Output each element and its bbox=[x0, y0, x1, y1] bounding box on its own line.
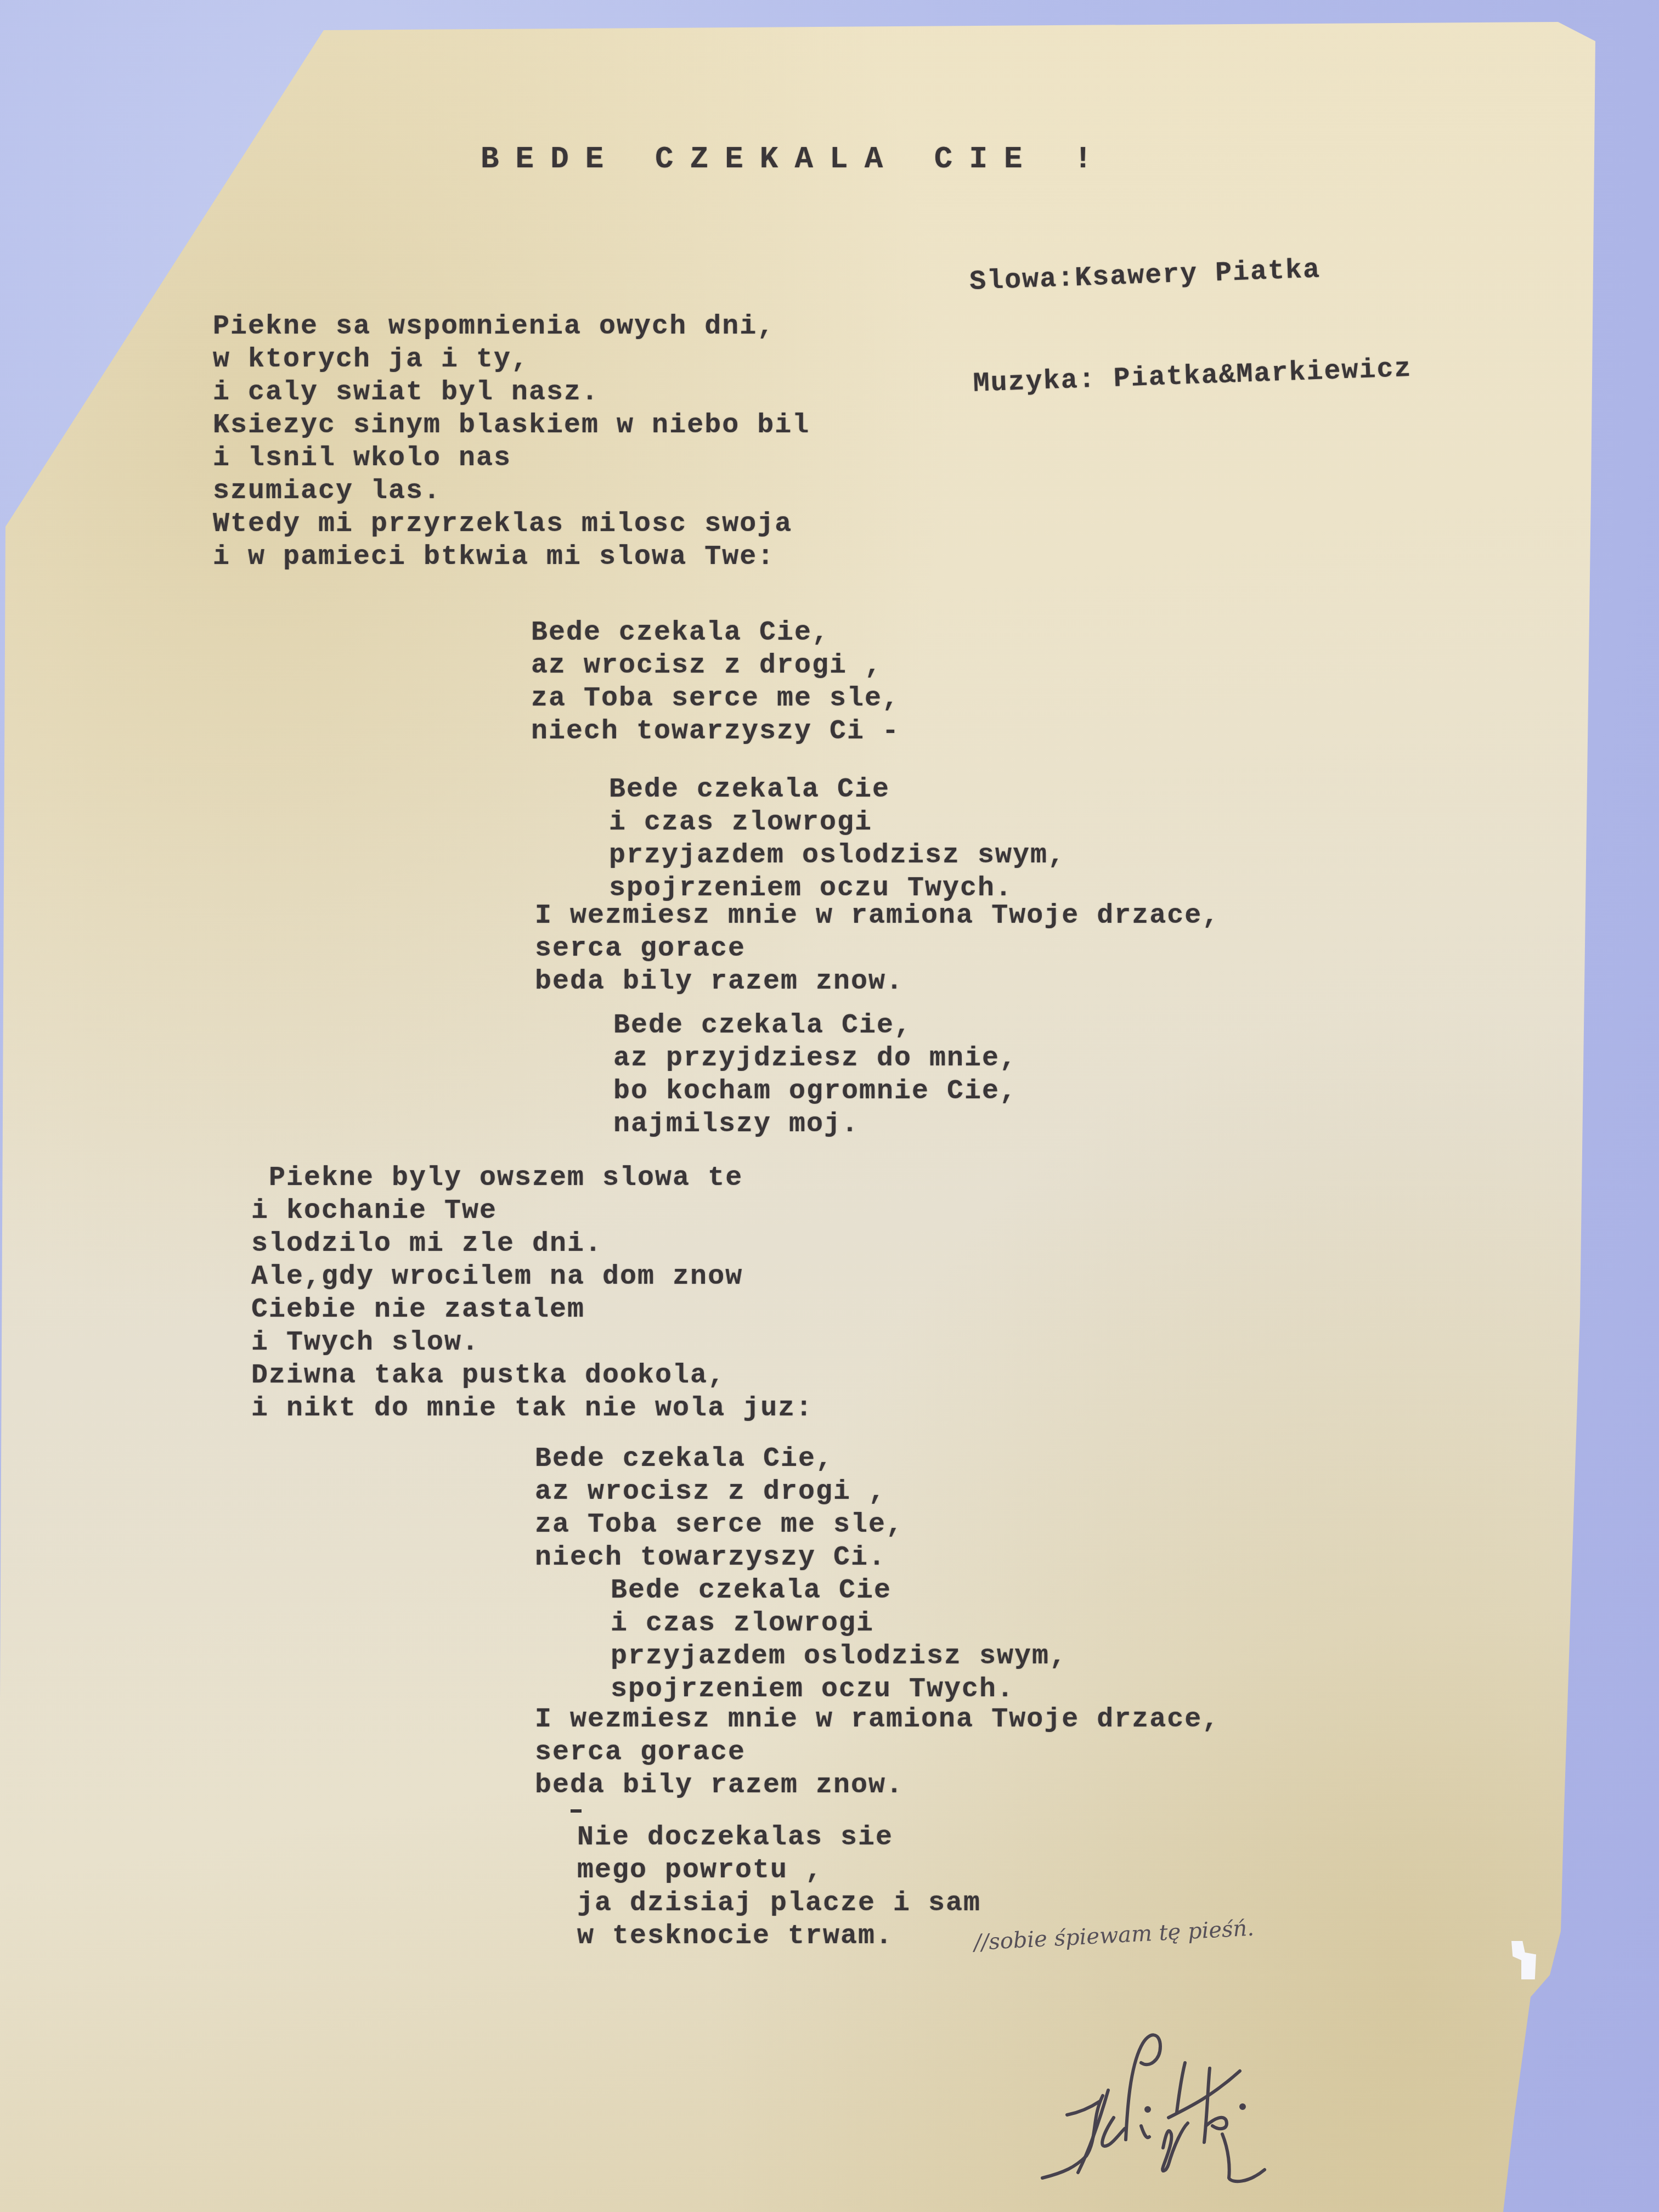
lyric-line: w ktorych ja i ty, bbox=[213, 343, 810, 376]
lyric-line: i Twych slow. bbox=[251, 1327, 813, 1359]
music-label: Muzyka: bbox=[973, 364, 1097, 400]
lyric-line: beda bily razem znow. bbox=[535, 1769, 1220, 1802]
lyric-line: najmilszy moj. bbox=[613, 1108, 1017, 1141]
music-author: Piatka&Markiewicz bbox=[1113, 353, 1413, 395]
lyric-line: Nie doczekalas sie bbox=[577, 1821, 981, 1854]
lyric-line: za Toba serce me sle, bbox=[531, 682, 900, 715]
song-title: BEDE CZEKALA CIE ! bbox=[481, 142, 1109, 177]
credits: Slowa:Ksawery Piatka Muzyka: Piatka&Mark… bbox=[967, 182, 1414, 436]
lyric-line: beda bily razem znow. bbox=[535, 966, 1220, 998]
lyric-line: spojrzeniem oczu Twych. bbox=[611, 1673, 1067, 1706]
lyric-line: Bede czekala Cie, bbox=[613, 1009, 1017, 1042]
lyric-line: i nikt do mnie tak nie wola juz: bbox=[251, 1392, 813, 1425]
lyric-line: serca gorace bbox=[535, 1736, 1220, 1769]
lyric-line: az przyjdziesz do mnie, bbox=[613, 1042, 1017, 1075]
lyric-line: I wezmiesz mnie w ramiona Twoje drzace, bbox=[535, 900, 1220, 933]
lyric-line: Bede czekala Cie bbox=[611, 1575, 1067, 1607]
lyric-line: Piekne byly owszem slowa te bbox=[251, 1162, 813, 1195]
lyric-line: przyjazdem oslodzisz swym, bbox=[611, 1640, 1067, 1673]
lyric-line: i w pamieci btkwia mi slowa Twe: bbox=[213, 541, 810, 574]
chorus-1-part-a: Bede czekala Cie,az wrocisz z drogi ,za … bbox=[531, 617, 900, 748]
lyric-line: Ciebie nie zastalem bbox=[251, 1294, 813, 1327]
chorus-2-part-a: Bede czekala Cie,az wrocisz z drogi ,za … bbox=[535, 1443, 904, 1575]
lyric-line: Dziwna taka pustka dookola, bbox=[251, 1359, 813, 1392]
lyric-line: slodzilo mi zle dni. bbox=[251, 1228, 813, 1261]
lyric-line: i lsnil wkolo nas bbox=[213, 442, 810, 475]
lyric-line: Ale,gdy wrocilem na dom znow bbox=[251, 1261, 813, 1294]
lyric-line: I wezmiesz mnie w ramiona Twoje drzace, bbox=[535, 1703, 1220, 1736]
lyric-line: serca gorace bbox=[535, 933, 1220, 966]
lyric-line: Bede czekala Cie bbox=[609, 774, 1065, 806]
signature bbox=[1031, 2008, 1383, 2194]
lyric-line: bo kocham ogromnie Cie, bbox=[613, 1075, 1017, 1108]
lyric-line: Piekne sa wspomnienia owych dni, bbox=[213, 311, 810, 343]
chorus-2-part-b: Bede czekala Ciei czas zlowrogiprzyjazde… bbox=[611, 1575, 1067, 1706]
lyric-line: przyjazdem oslodzisz swym, bbox=[609, 839, 1065, 872]
lyric-line: mego powrotu , bbox=[577, 1854, 981, 1887]
lyric-line: az wrocisz z drogi , bbox=[531, 650, 900, 682]
lyric-line: za Toba serce me sle, bbox=[535, 1509, 904, 1542]
music-credit: Muzyka: Piatka&Markiewicz bbox=[973, 352, 1413, 402]
lyric-line: ja dzisiaj placze i sam bbox=[577, 1887, 981, 1920]
chorus-1-part-d: Bede czekala Cie,az przyjdziesz do mnie,… bbox=[613, 1009, 1017, 1141]
outro-dash bbox=[571, 1809, 582, 1813]
lyrics-label: Slowa: bbox=[969, 263, 1075, 298]
lyrics-author: Ksawery Piatka bbox=[1074, 255, 1321, 295]
outro: Nie doczekalas siemego powrotu ,ja dzisi… bbox=[577, 1821, 981, 1953]
lyric-line: Wtedy mi przyrzeklas milosc swoja bbox=[213, 508, 810, 541]
lyric-line: i kochanie Twe bbox=[251, 1195, 813, 1228]
lyric-line: Bede czekala Cie, bbox=[535, 1443, 904, 1476]
chorus-1-part-c: I wezmiesz mnie w ramiona Twoje drzace,s… bbox=[535, 900, 1220, 998]
chorus-1-part-b: Bede czekala Ciei czas zlowrogiprzyjazde… bbox=[609, 774, 1065, 905]
lyric-line: i czas zlowrogi bbox=[611, 1607, 1067, 1640]
lyric-line: i caly swiat byl nasz. bbox=[213, 376, 810, 409]
verse-1: Piekne sa wspomnienia owych dni,w ktoryc… bbox=[213, 311, 810, 574]
lyrics-credit: Slowa:Ksawery Piatka bbox=[969, 250, 1409, 300]
lyric-line: w tesknocie trwam. bbox=[577, 1920, 981, 1953]
lyric-line: az wrocisz z drogi , bbox=[535, 1476, 904, 1509]
lyric-line: niech towarzyszy Ci. bbox=[535, 1542, 904, 1575]
lyric-line: niech towarzyszy Ci - bbox=[531, 715, 900, 748]
chorus-2-part-c: I wezmiesz mnie w ramiona Twoje drzace,s… bbox=[535, 1703, 1220, 1802]
lyric-line: Bede czekala Cie, bbox=[531, 617, 900, 650]
verse-2: Piekne byly owszem slowa tei kochanie Tw… bbox=[251, 1162, 813, 1425]
lyric-line: szumiacy las. bbox=[213, 475, 810, 508]
lyric-line: Ksiezyc sinym blaskiem w niebo bil bbox=[213, 409, 810, 442]
lyric-line: i czas zlowrogi bbox=[609, 806, 1065, 839]
